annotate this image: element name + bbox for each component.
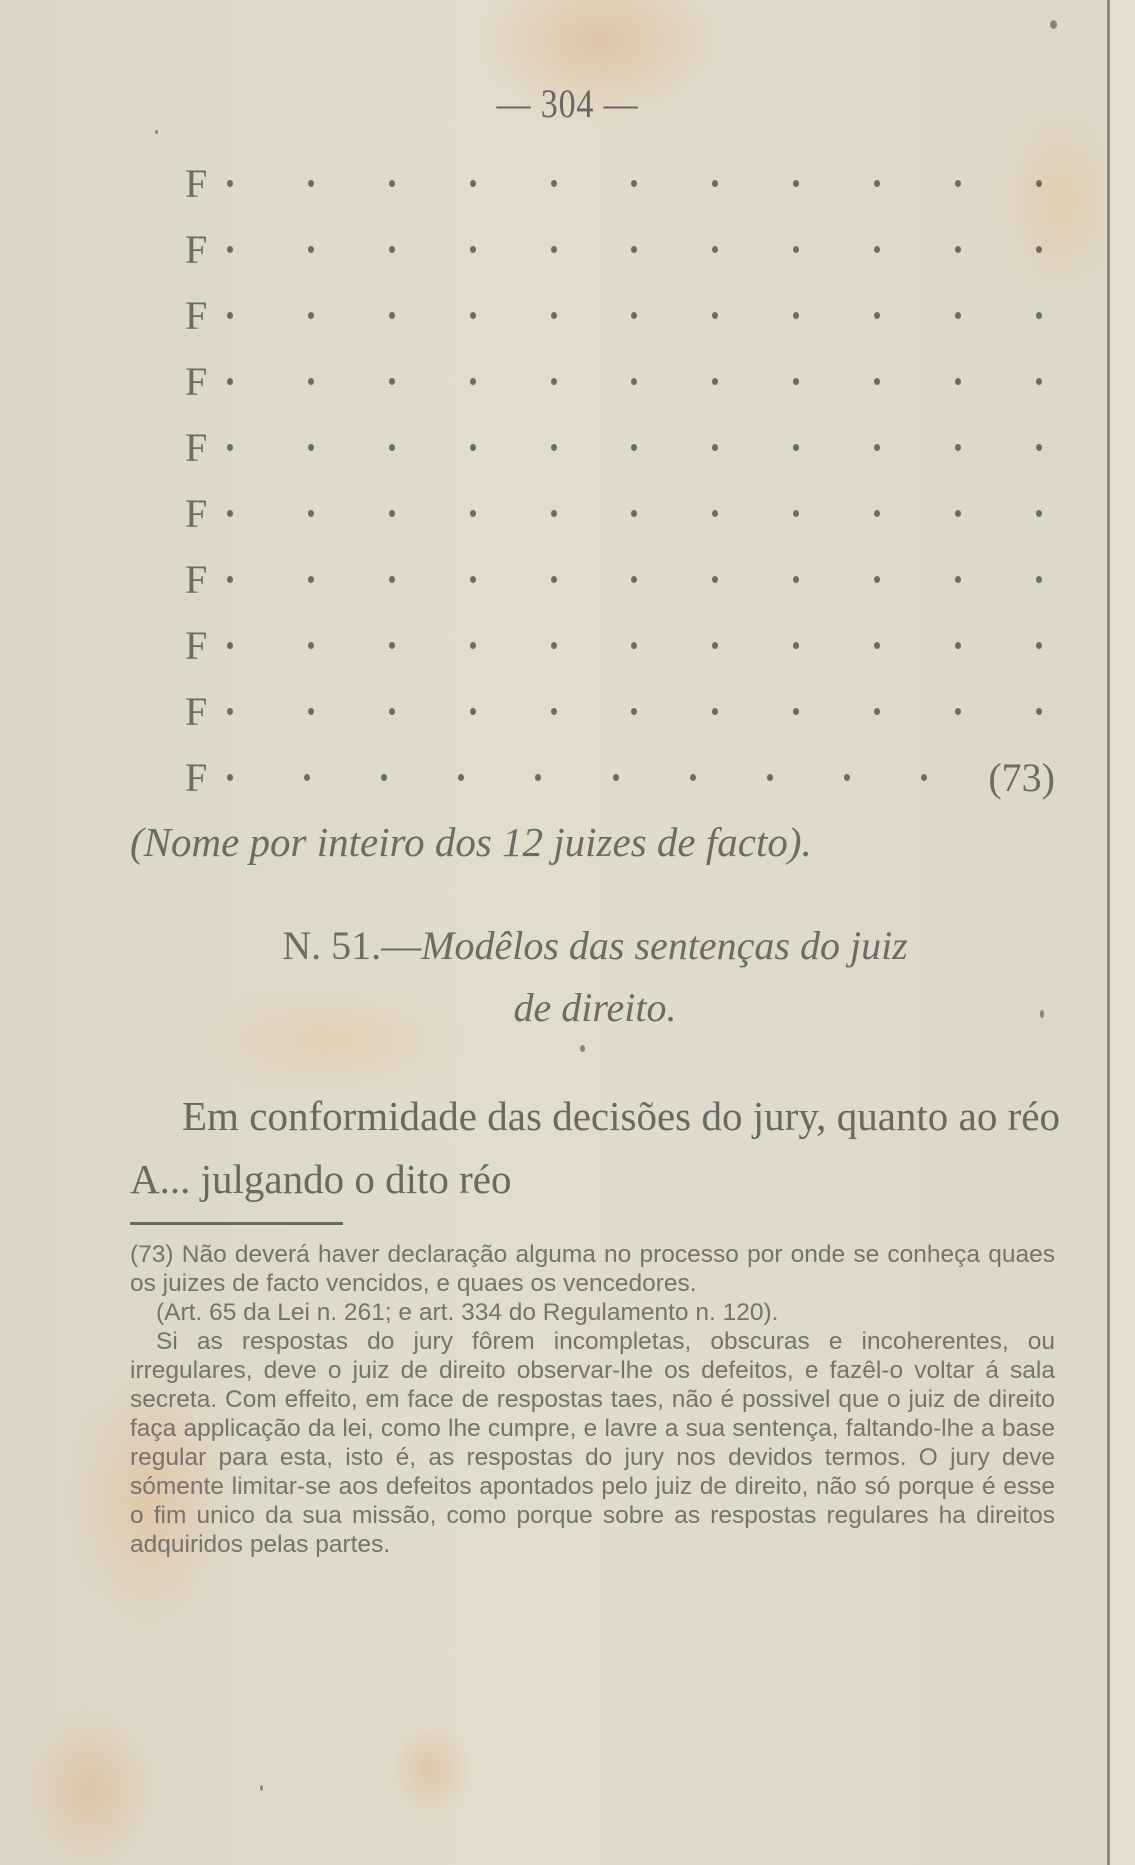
dot-leader bbox=[227, 576, 1042, 583]
footnote-citation: (Art. 65 da Lei n. 261; e art. 334 do Re… bbox=[130, 1298, 1055, 1327]
signature-label: F bbox=[185, 358, 207, 405]
page-edge-line bbox=[1107, 0, 1110, 1865]
page-number-text: — 304 — bbox=[497, 80, 639, 127]
signature-row: F bbox=[185, 556, 1045, 606]
signature-row: F bbox=[185, 622, 1045, 672]
footnote-commentary: Si as respostas do jury fôrem incompleta… bbox=[130, 1327, 1055, 1559]
signature-label: F bbox=[185, 490, 207, 537]
dot-leader bbox=[227, 312, 1042, 319]
signature-row: F bbox=[185, 688, 1045, 738]
footnote-73: (73) Não deverá haver declaração alguma … bbox=[130, 1240, 1055, 1298]
signature-row: F bbox=[185, 490, 1045, 540]
section-heading: N. 51.—Modêlos das sentenças do juiz de … bbox=[130, 915, 1060, 1039]
signature-row: F bbox=[185, 424, 1045, 474]
dot-leader bbox=[227, 378, 1042, 385]
signature-label: F bbox=[185, 424, 207, 471]
signature-row: F bbox=[185, 358, 1045, 408]
signature-label: F bbox=[185, 226, 207, 273]
signature-label: F bbox=[185, 556, 207, 603]
dot-leader bbox=[227, 180, 1042, 187]
adjacent-page-strip bbox=[1110, 0, 1135, 1865]
dot-leader bbox=[227, 774, 927, 781]
ink-speck bbox=[580, 1045, 585, 1052]
ink-speck bbox=[1050, 20, 1057, 29]
instruction-note: (Nome por inteiro dos 12 juizes de facto… bbox=[130, 818, 812, 866]
dot-leader bbox=[227, 246, 1042, 253]
signature-label: F bbox=[185, 292, 207, 339]
signature-row: F bbox=[185, 160, 1045, 210]
ink-speck bbox=[155, 130, 158, 134]
signature-row: F (73) bbox=[185, 754, 1045, 804]
signature-label: F bbox=[185, 754, 207, 801]
section-number: N. 51.— bbox=[282, 923, 421, 968]
footnote-rule bbox=[130, 1222, 343, 1225]
footnotes: (73) Não deverá haver declaração alguma … bbox=[130, 1240, 1055, 1559]
signature-label: F bbox=[185, 160, 207, 207]
section-title: Modêlos das sentenças do juiz bbox=[421, 923, 908, 968]
body-paragraph: Em conformidade das decisões do jury, qu… bbox=[130, 1085, 1060, 1211]
signature-row: F bbox=[185, 226, 1045, 276]
dot-leader bbox=[227, 510, 1042, 517]
scanned-page: — 304 — F F F F F F F F F F (73) (Nome bbox=[0, 0, 1135, 1865]
footnote-ref: (73) bbox=[988, 754, 1055, 801]
signature-label: F bbox=[185, 622, 207, 669]
dot-leader bbox=[227, 444, 1042, 451]
page-number: — 304 — bbox=[0, 80, 1135, 127]
signature-label: F bbox=[185, 688, 207, 735]
signature-row: F bbox=[185, 292, 1045, 342]
dot-leader bbox=[227, 708, 1042, 715]
dot-leader bbox=[227, 642, 1042, 649]
section-title-cont: de direito. bbox=[130, 977, 1060, 1039]
ink-speck bbox=[260, 1785, 263, 1791]
